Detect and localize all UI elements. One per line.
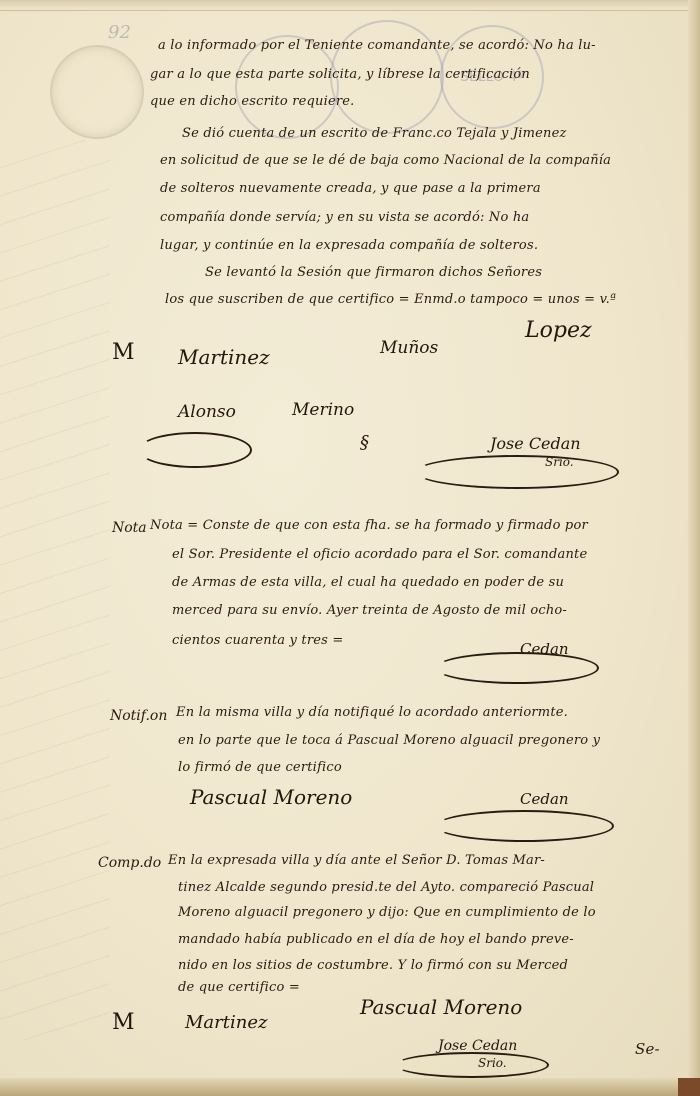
rubric-mark: § (360, 432, 369, 453)
text-line: el Sor. Presidente el oficio acordado pa… (172, 547, 587, 562)
signature-pascual-moreno: Pascual Moreno (360, 995, 522, 1019)
signature-merino: Merino (292, 400, 354, 420)
bleed-through-text (0, 140, 110, 1040)
text-line: Se dió cuenta de un escrito de Franc.co … (182, 126, 567, 141)
text-line: merced para su envío. Ayer treinta de Ag… (172, 603, 567, 618)
signature-martinez: Martinez (185, 1012, 268, 1033)
page-bottom-edge (0, 1078, 700, 1096)
rubric-mark: M (112, 340, 135, 365)
text-line: nido en los sitios de costumbre. Y lo fi… (178, 958, 568, 973)
text-line: de Armas de esta villa, el cual ha queda… (172, 575, 564, 590)
text-line: de solteros nuevamente creada, y que pas… (160, 181, 541, 196)
signature-flourish (435, 810, 614, 842)
text-line: En la expresada villa y día ante el Seño… (168, 853, 545, 868)
page-top-edge (0, 0, 700, 11)
text-line: gar a lo que esta parte solicita, y líbr… (150, 67, 530, 82)
text-line: cientos cuarenta y tres = (172, 633, 343, 648)
signature-flourish (395, 1052, 549, 1078)
signature-alonso: Alonso (178, 402, 236, 422)
text-line: lugar, y continúe en la expresada compañ… (160, 238, 538, 253)
catchword: Se- (635, 1040, 660, 1058)
signature-lopez: Lopez (525, 318, 592, 343)
rubric-mark: M (112, 1010, 135, 1035)
page-corner (678, 1078, 700, 1096)
text-line: en lo parte que le toca á Pascual Moreno… (178, 733, 600, 748)
text-line: Nota = Conste de que con esta fha. se ha… (150, 518, 588, 533)
margin-label-nota: Nota (112, 520, 147, 536)
signature-flourish (435, 652, 599, 684)
text-line: En la misma villa y día notifiqué lo aco… (176, 705, 568, 720)
manuscript-page: 92 SELLO 4º a lo informado por el Tenien… (0, 0, 700, 1096)
text-line: a lo informado por el Teniente comandant… (158, 38, 596, 53)
signature-flourish (138, 432, 252, 468)
signature-martinez: Martinez (178, 345, 270, 369)
text-line: lo firmó de que certifico (178, 760, 342, 775)
margin-label-comparecencia: Comp.do (98, 855, 161, 871)
text-line: de que certifico = (178, 980, 300, 995)
signature-munos: Muños (380, 338, 438, 358)
text-line: mandado había publicado en el día de hoy… (178, 932, 574, 947)
embossed-seal (50, 45, 144, 139)
page-right-edge (688, 0, 700, 1096)
signature-jose-cedan: Jose Cedan (490, 434, 581, 453)
signature-flourish (415, 455, 619, 489)
text-line: compañía donde servía; y en su vista se … (160, 210, 529, 225)
text-line: en solicitud de que se le dé de baja com… (160, 153, 611, 168)
text-line: Moreno alguacil pregonero y dijo: Que en… (178, 905, 596, 920)
folio-number: 92 (108, 22, 131, 43)
text-line: los que suscriben de que certifico = Enm… (165, 292, 616, 307)
text-line: Se levantó la Sesión que firmaron dichos… (205, 265, 542, 280)
signature-cedan: Cedan (520, 790, 569, 808)
text-line: tinez Alcalde segundo presid.te del Ayto… (178, 880, 594, 895)
margin-label-notificacion: Notif.on (110, 708, 167, 724)
text-line: que en dicho escrito requiere. (150, 94, 355, 109)
signature-pascual-moreno: Pascual Moreno (190, 785, 352, 809)
